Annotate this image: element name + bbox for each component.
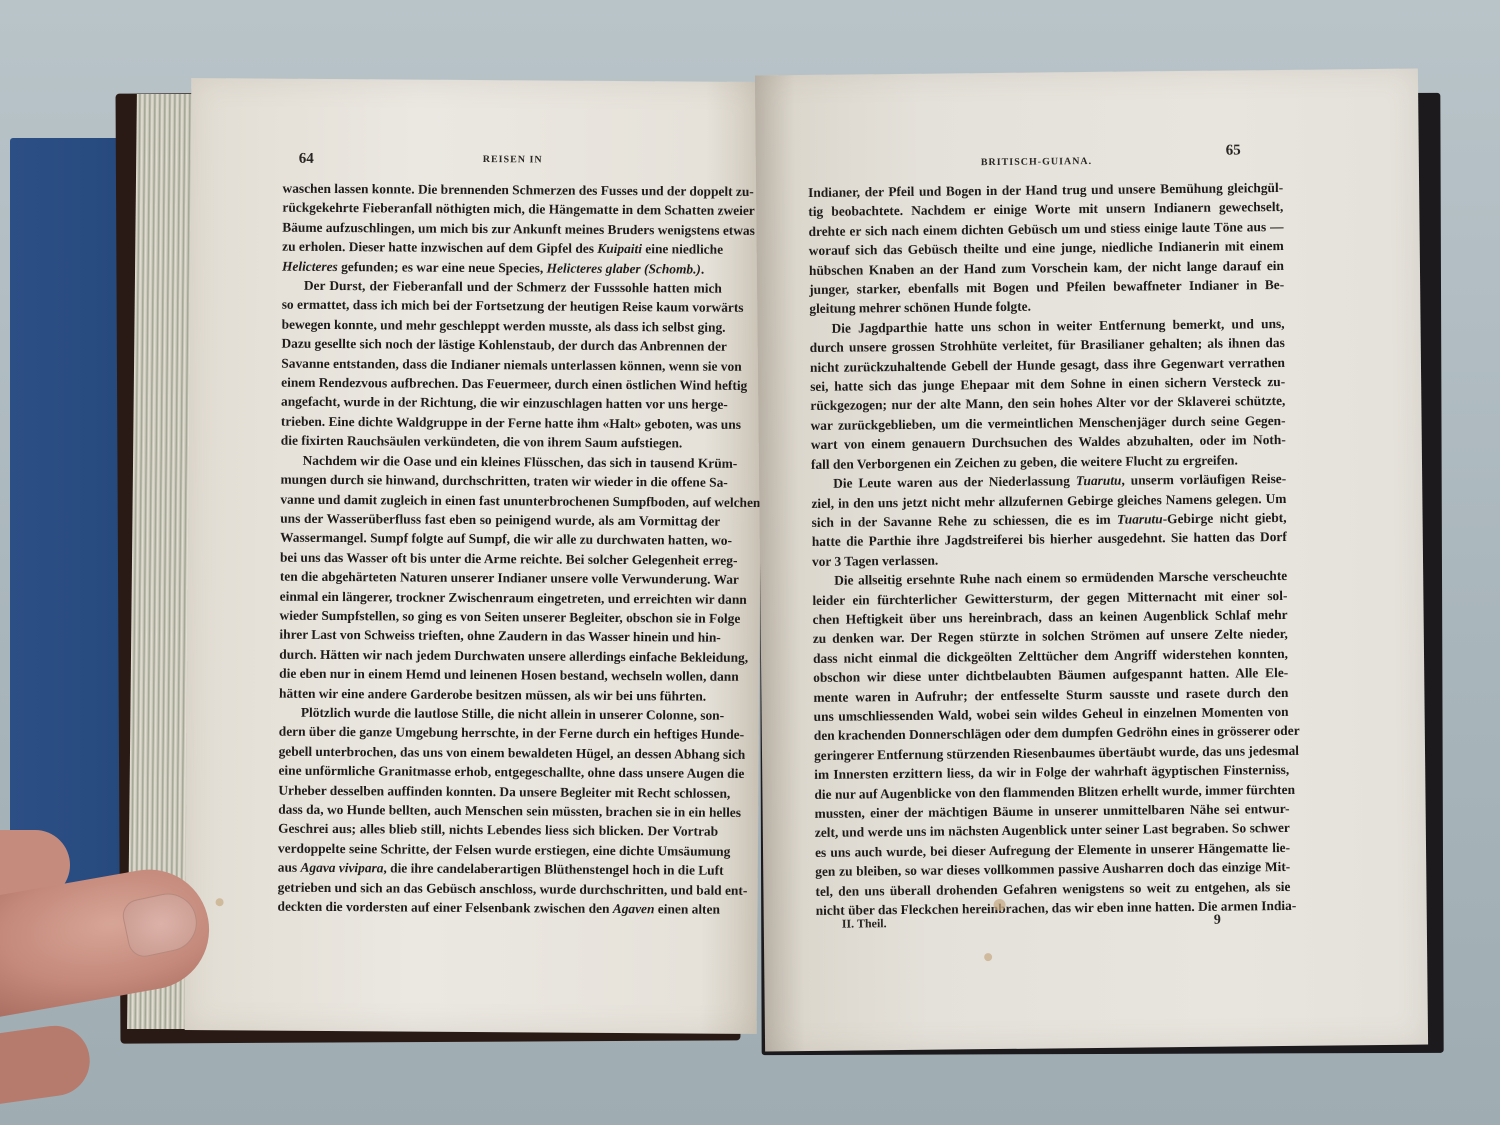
right-page-text: Indianer, der Pfeil und Bogen in der Han… [808, 178, 1291, 920]
text-line: ihrer Last von Schweiss trieften, ohne Z… [279, 625, 719, 647]
text-line: aus Agava vivipara, die ihre candelabera… [278, 858, 718, 880]
text-line: Dazu gesellte sich noch der lästige Kohl… [281, 334, 721, 356]
right-page: BRITISCH-GUIANA. 65 Indianer, der Pfeil … [755, 69, 1428, 1052]
running-head-title-right: BRITISCH-GUIANA. [981, 156, 1092, 168]
sheet-signature: 9 [1214, 913, 1221, 929]
left-page-text: waschen lassen konnte. Die brennenden Sc… [277, 179, 722, 919]
running-head-title-left: REISEN IN [483, 154, 543, 165]
text-line: zu erholen. Dieser hatte inzwischen auf … [282, 237, 722, 259]
paper-stain [216, 898, 224, 906]
volume-signature: II. Theil. [842, 916, 887, 931]
right-running-head: BRITISCH-GUIANA. 65 [756, 147, 1419, 176]
paper-stain [994, 899, 1006, 911]
text-line: ten die abgehärteten Naturen unserer Ind… [280, 567, 720, 589]
text-line: die eben nur in einem Hemd und leinenen … [279, 664, 719, 686]
page-number-right: 65 [1226, 142, 1241, 159]
page-number-left: 64 [299, 151, 314, 168]
text-line: eine unförmliche Granitmasse erhob, entg… [278, 761, 718, 783]
left-page: 64 REISEN IN waschen lassen konnte. Die … [185, 78, 764, 1034]
left-running-head: 64 REISEN IN [191, 150, 763, 176]
text-line: mungen durch sie hinwand, durchschritten… [280, 470, 720, 492]
text-line: Wassermangel. Sumpf folgte auf Sumpf, di… [280, 528, 720, 550]
text-line: die fixirten Rauchsäulen verkündeten, di… [281, 431, 721, 453]
text-line: deckten die vordersten auf einer Felsenb… [277, 897, 717, 919]
paper-stain [984, 953, 992, 961]
